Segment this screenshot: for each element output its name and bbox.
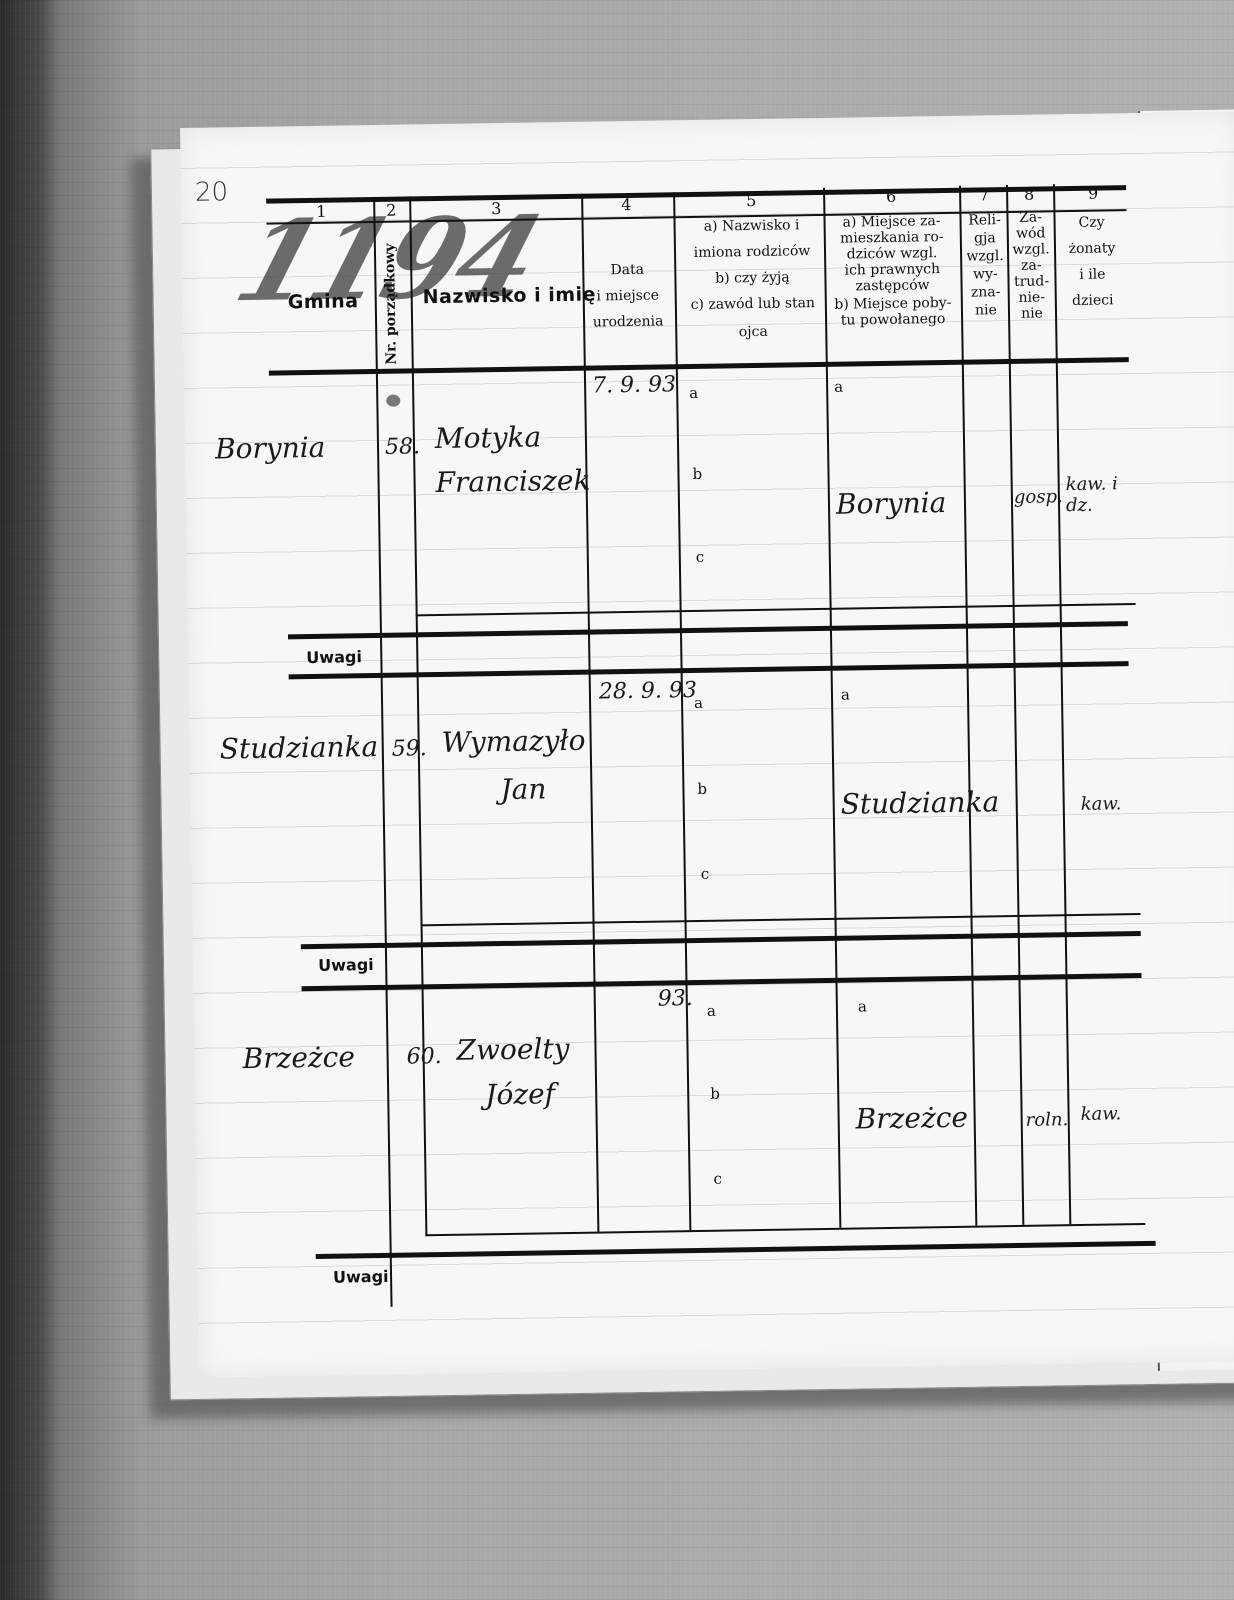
entry-birth-date: 28. 9. 93	[599, 678, 697, 705]
column-header-gmina: Gmina	[288, 290, 359, 313]
entry-surname: Wymazyło	[441, 724, 585, 759]
register-page: 20 1194 1 2 3 4 5 6 7 8 9 Gmina Nr. porz…	[180, 111, 1234, 1377]
column-header-name: Nazwisko i imię	[423, 283, 597, 308]
header-line: wzgl.	[962, 247, 1008, 266]
column-number-8: 8	[1014, 184, 1044, 203]
remarks-label: Uwagi	[306, 647, 362, 667]
header-line: ojca	[678, 322, 828, 342]
entry-number: 58.	[385, 434, 420, 460]
entry-gmina: Studzianka	[219, 730, 378, 765]
header-line: Data	[582, 260, 672, 279]
sub-label-a: a	[841, 686, 850, 704]
page-number: 20	[195, 177, 229, 208]
sub-label-a: a	[834, 378, 843, 396]
sub-label-c: c	[713, 1170, 722, 1188]
header-line: i ile	[1057, 265, 1127, 284]
entry-married: kaw.	[1081, 793, 1122, 815]
header-line: c) zawód lub stan	[678, 294, 828, 314]
column-number-7: 7	[969, 185, 999, 204]
entry-married: kaw. i dz.	[1066, 473, 1127, 516]
entry-given-name: Jan	[500, 772, 546, 806]
header-line: i miejsce	[583, 286, 673, 305]
sub-label-a: a	[694, 694, 703, 712]
remarks-label: Uwagi	[318, 955, 374, 975]
entry-occupation: roln.	[1026, 1109, 1069, 1131]
header-line: imiona rodziców	[677, 242, 827, 262]
header-line: Czy	[1056, 213, 1126, 232]
header-line: Reli-	[961, 211, 1007, 230]
sub-label-b: b	[697, 780, 707, 798]
sub-label-a: a	[707, 1002, 716, 1020]
sub-label-c: c	[701, 865, 710, 883]
entry-birth-date: 93.	[658, 986, 693, 1012]
column-number-3: 3	[481, 199, 511, 218]
entry-residence: Studzianka	[840, 785, 999, 820]
header-line: nie	[963, 301, 1009, 320]
entry-surname: Motyka	[435, 420, 542, 455]
header-line: tu powołanego	[828, 310, 958, 330]
entry-number: 60.	[406, 1044, 441, 1070]
sub-label-b: b	[692, 465, 702, 483]
sub-label-a: a	[858, 997, 867, 1015]
header-line: b) czy żyją	[677, 268, 827, 288]
entry-birth-date: 7. 9. 93	[592, 372, 676, 398]
column-header-nr: Nr. porządkowy	[382, 243, 400, 364]
entry-surname: Zwoelty	[456, 1032, 569, 1067]
header-line: zna-	[963, 283, 1009, 302]
entry-given-name: Józef	[485, 1077, 555, 1111]
header-line: wy-	[962, 265, 1008, 284]
header-line: nie	[1009, 304, 1055, 323]
column-number-4: 4	[611, 195, 641, 214]
sub-label-c: c	[696, 548, 705, 566]
entry-given-name: Franciszek	[435, 464, 590, 499]
header-line: urodzenia	[583, 312, 673, 331]
column-number-6: 6	[876, 187, 906, 206]
header-line: dzieci	[1058, 291, 1128, 310]
entry-residence: Borynia	[836, 486, 947, 521]
sub-label-b: b	[710, 1085, 720, 1103]
entry-married: kaw.	[1080, 1103, 1121, 1125]
entry-gmina: Borynia	[215, 431, 326, 466]
header-line: gja	[962, 229, 1008, 248]
column-number-1: 1	[306, 202, 336, 221]
entry-number: 59.	[392, 736, 427, 762]
column-number-9: 9	[1078, 183, 1108, 202]
entry-occupation: gosp.	[1014, 486, 1063, 508]
entry-residence: Brzeżce	[855, 1101, 968, 1136]
column-number-5: 5	[736, 191, 766, 210]
entry-gmina: Brzeżce	[242, 1040, 355, 1075]
header-line: a) Nazwisko i	[676, 216, 826, 236]
column-number-2: 2	[376, 200, 406, 219]
header-line: zastępców	[827, 276, 957, 296]
sub-label-a: a	[689, 384, 698, 402]
remarks-label: Uwagi	[333, 1267, 389, 1287]
header-line: żonaty	[1057, 239, 1127, 258]
